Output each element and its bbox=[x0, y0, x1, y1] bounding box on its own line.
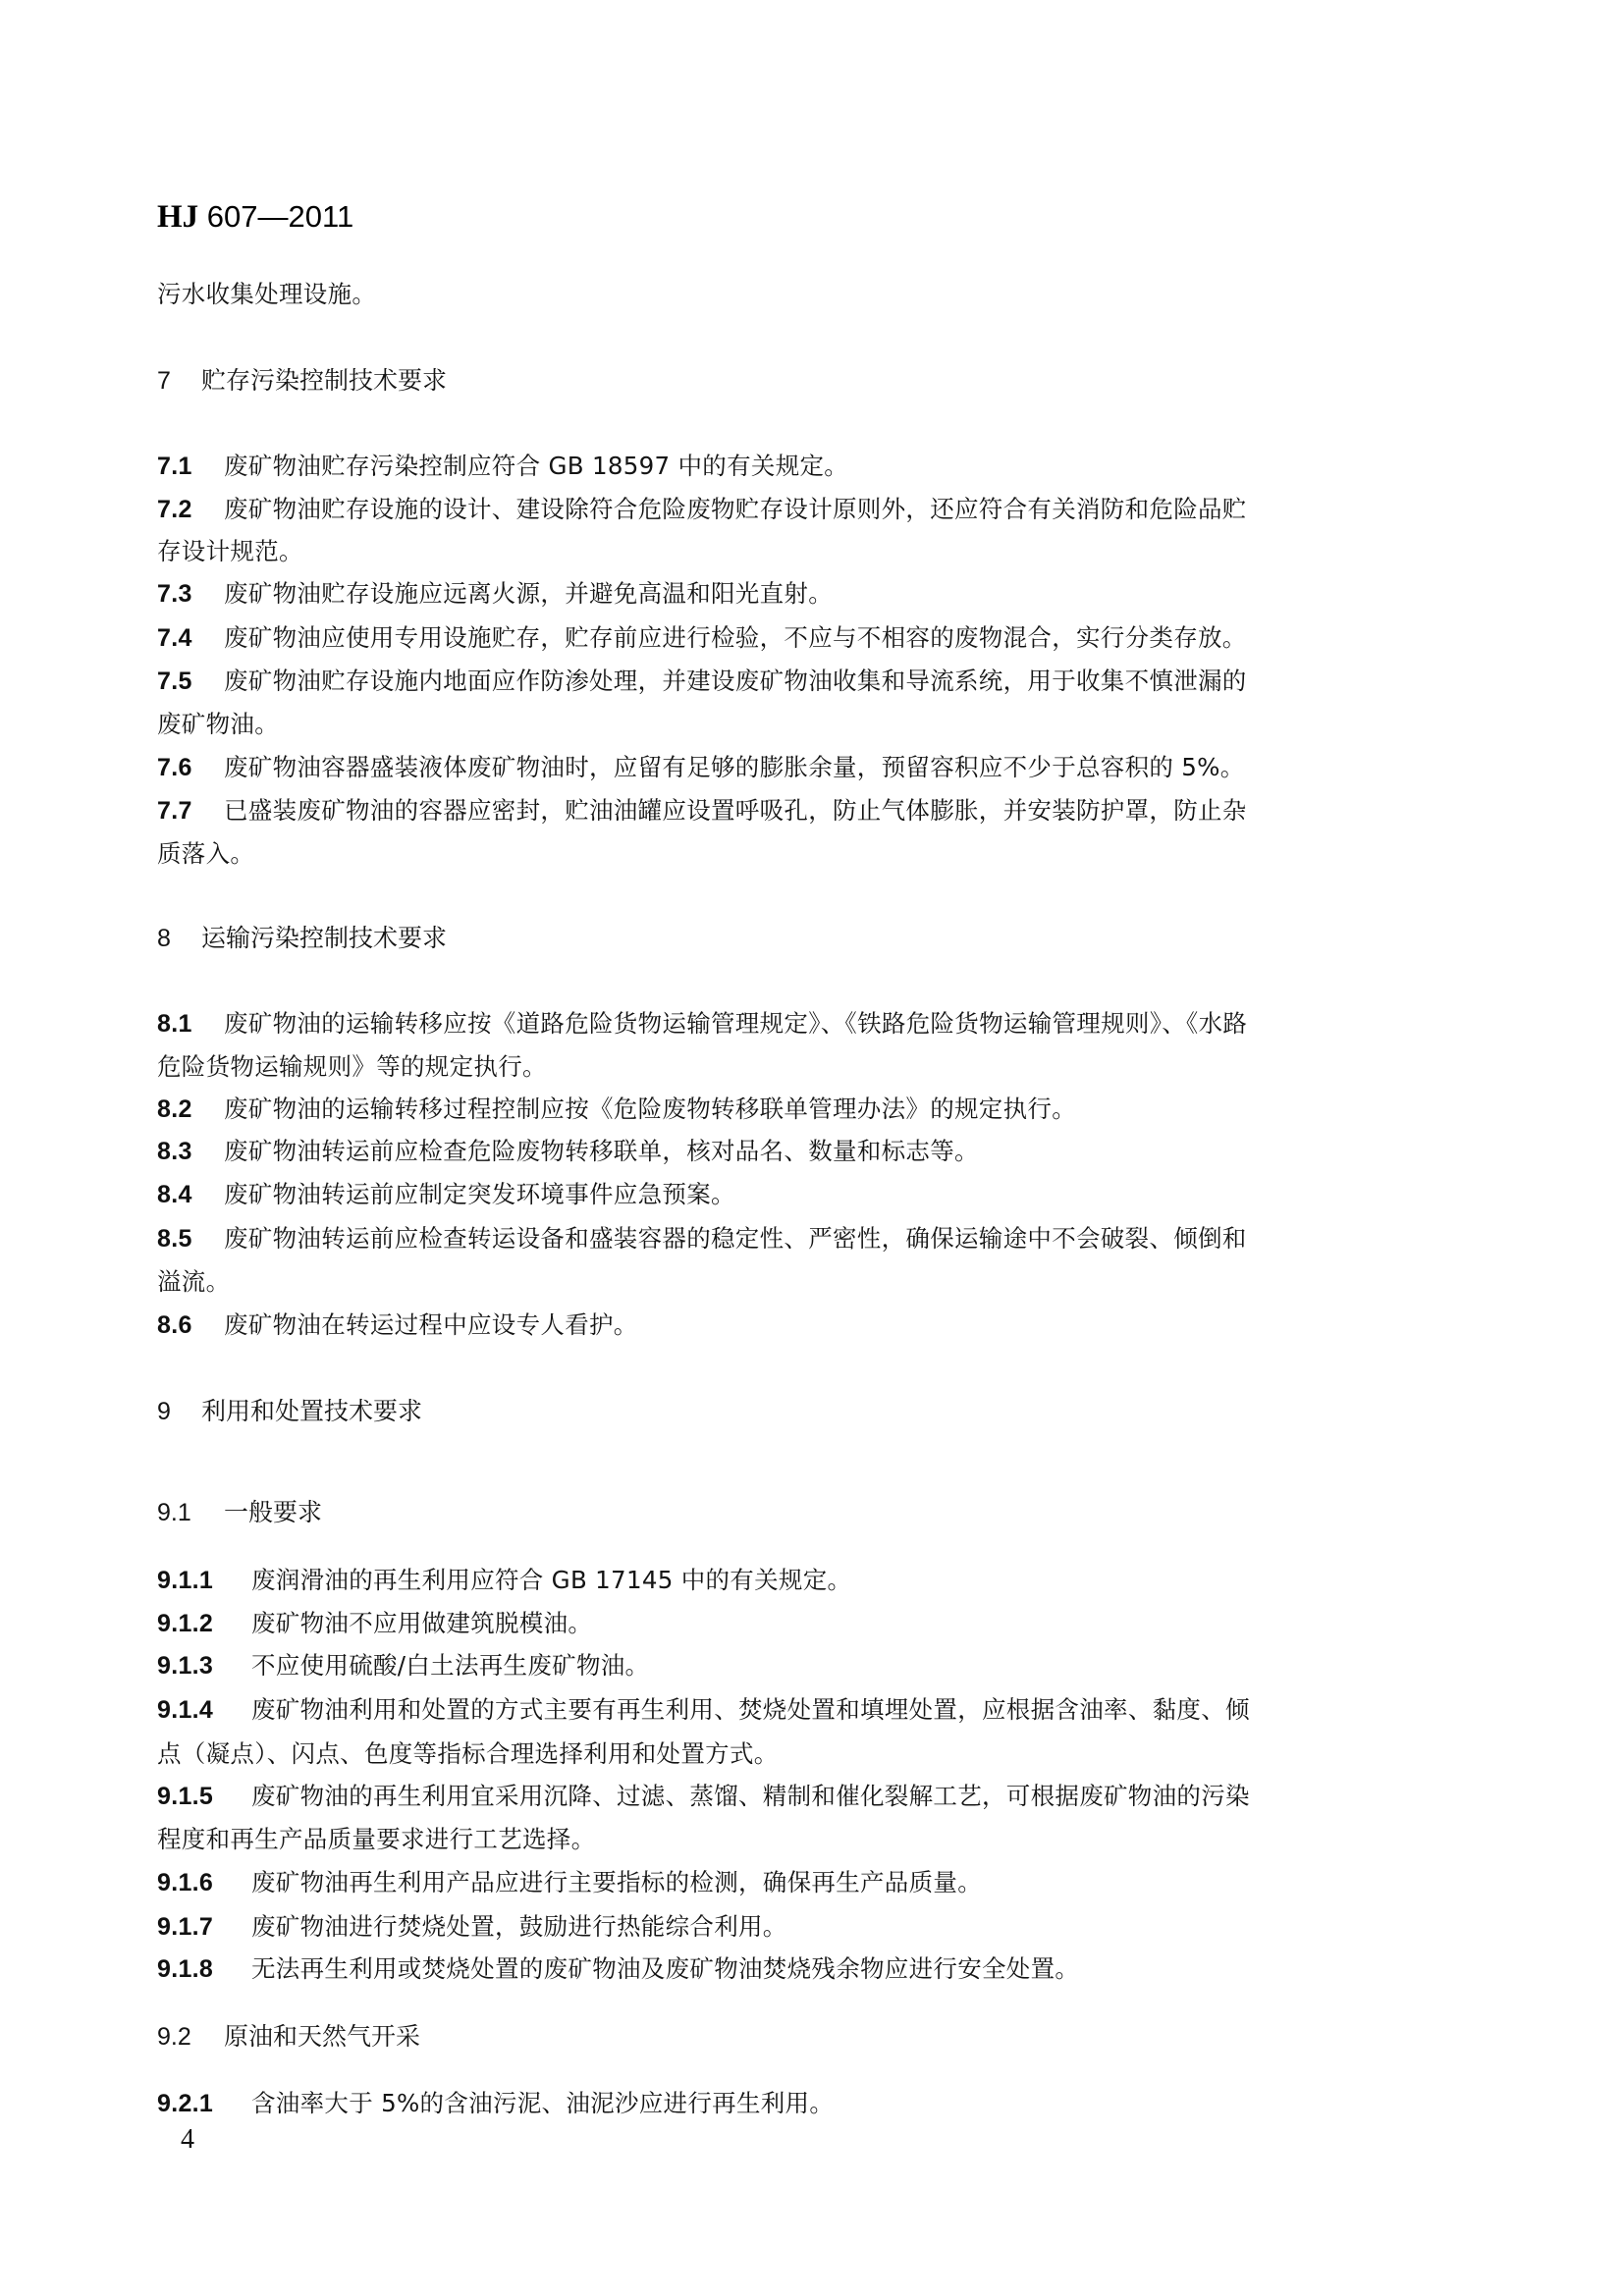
clause-text: 已盛装废矿物油的容器应密封，贮油油罐应设置呼吸孔，防止气体膨胀，并安装防护罩，防… bbox=[224, 796, 1247, 825]
clause-text: 废矿物油再生利用产品应进行主要指标的检测，确保再生产品质量。 bbox=[251, 1868, 982, 1896]
clause-9-1-5-continuation: 程度和再生产品质量要求进行工艺选择。 bbox=[157, 1828, 595, 1852]
clause-number: 7.5 bbox=[157, 669, 224, 694]
clause-number: 8.1 bbox=[157, 1012, 224, 1037]
clause-number: 7.6 bbox=[157, 756, 224, 780]
clause-text: 废矿物油贮存设施应远离火源，并避免高温和阳光直射。 bbox=[224, 579, 833, 608]
clause-number: 9.2.1 bbox=[157, 2092, 251, 2116]
clause-8-3: 8.3废矿物油转运前应检查危险废物转移联单，核对品名、数量和标志等。 bbox=[157, 1140, 979, 1164]
clause-7-5-continuation: 废矿物油。 bbox=[157, 713, 279, 737]
intro-continuation-line: 污水收集处理设施。 bbox=[157, 283, 376, 307]
clause-9-1-5: 9.1.5废矿物油的再生利用宜采用沉降、过滤、蒸馏、精制和催化裂解工艺，可根据废… bbox=[157, 1785, 1250, 1809]
clause-text: 废矿物油的运输转移过程控制应按《危险废物转移联单管理办法》的规定执行。 bbox=[224, 1095, 1076, 1123]
clause-9-1-3: 9.1.3不应使用硫酸/白土法再生废矿物油。 bbox=[157, 1654, 649, 1679]
clause-7-2-continuation: 存设计规范。 bbox=[157, 540, 303, 564]
clause-8-4: 8.4废矿物油转运前应制定突发环境事件应急预案。 bbox=[157, 1183, 735, 1207]
chapter-number: 9 bbox=[157, 1400, 201, 1424]
clause-text: 废矿物油容器盛装液体废矿物油时，应留有足够的膨胀余量，预留容积应不少于总容积的 … bbox=[224, 753, 1245, 781]
clause-text: 废润滑油的再生利用应符合 GB 17145 中的有关规定。 bbox=[251, 1566, 851, 1594]
chapter-number: 8 bbox=[157, 927, 201, 951]
standard-code-header: HJ 607—2011 bbox=[157, 201, 353, 234]
clause-text: 含油率大于 5%的含油污泥、油泥沙应进行再生利用。 bbox=[251, 2089, 834, 2117]
clause-number: 8.6 bbox=[157, 1313, 224, 1338]
clause-number: 9.1.3 bbox=[157, 1654, 251, 1679]
subsection-heading-9-2: 9.2原油和天然气开采 bbox=[157, 2024, 420, 2050]
clause-8-2: 8.2废矿物油的运输转移过程控制应按《危险废物转移联单管理办法》的规定执行。 bbox=[157, 1097, 1076, 1122]
subsection-number: 9.2 bbox=[157, 2025, 224, 2050]
subsection-heading-9-1: 9.1一般要求 bbox=[157, 1500, 322, 1525]
clause-text: 废矿物油的运输转移应按《道路危险货物运输管理规定》、《铁路危险货物运输管理规则》… bbox=[224, 1009, 1247, 1038]
clause-7-1: 7.1废矿物油贮存污染控制应符合 GB 18597 中的有关规定。 bbox=[157, 454, 848, 479]
clause-number: 7.3 bbox=[157, 582, 224, 607]
clause-7-3: 7.3废矿物油贮存设施应远离火源，并避免高温和阳光直射。 bbox=[157, 582, 833, 607]
clause-number: 9.1.2 bbox=[157, 1612, 251, 1636]
clause-number: 8.3 bbox=[157, 1140, 224, 1164]
clause-number: 9.1.1 bbox=[157, 1569, 251, 1593]
clause-8-5: 8.5废矿物油转运前应检查转运设备和盛装容器的稳定性、严密性，确保运输途中不会破… bbox=[157, 1227, 1247, 1252]
clause-text: 不应使用硫酸/白土法再生废矿物油。 bbox=[251, 1651, 649, 1680]
subsection-title: 原油和天然气开采 bbox=[224, 2022, 420, 2051]
standard-prefix: HJ bbox=[157, 199, 198, 235]
clause-number: 7.7 bbox=[157, 799, 224, 824]
page-number: 4 bbox=[181, 2126, 194, 2154]
clause-9-1-7: 9.1.7废矿物油进行焚烧处置，鼓励进行热能综合利用。 bbox=[157, 1915, 787, 1940]
chapter-heading-8: 8运输污染控制技术要求 bbox=[157, 926, 447, 951]
clause-9-1-6: 9.1.6废矿物油再生利用产品应进行主要指标的检测，确保再生产品质量。 bbox=[157, 1871, 982, 1896]
subsection-number: 9.1 bbox=[157, 1501, 224, 1525]
clause-number: 7.1 bbox=[157, 454, 224, 479]
clause-text: 废矿物油转运前应检查危险废物转移联单，核对品名、数量和标志等。 bbox=[224, 1137, 979, 1165]
clause-8-5-continuation: 溢流。 bbox=[157, 1270, 230, 1295]
clause-text: 无法再生利用或焚烧处置的废矿物油及废矿物油焚烧残余物应进行安全处置。 bbox=[251, 1954, 1079, 1983]
clause-number: 9.1.5 bbox=[157, 1785, 251, 1809]
chapter-heading-9: 9利用和处置技术要求 bbox=[157, 1399, 422, 1424]
clause-text: 废矿物油利用和处置的方式主要有再生利用、焚烧处置和填埋处置，应根据含油率、黏度、… bbox=[251, 1695, 1250, 1724]
document-page: HJ 607—2011 污水收集处理设施。 7贮存污染控制技术要求 7.1废矿物… bbox=[0, 0, 1624, 2296]
chapter-title: 贮存污染控制技术要求 bbox=[201, 366, 447, 395]
clause-9-1-1: 9.1.1废润滑油的再生利用应符合 GB 17145 中的有关规定。 bbox=[157, 1569, 851, 1593]
clause-text: 废矿物油在转运过程中应设专人看护。 bbox=[224, 1310, 638, 1339]
clause-8-1: 8.1废矿物油的运输转移应按《道路危险货物运输管理规定》、《铁路危险货物运输管理… bbox=[157, 1012, 1247, 1037]
clause-7-4: 7.4废矿物油应使用专用设施贮存，贮存前应进行检验，不应与不相容的废物混合，实行… bbox=[157, 626, 1247, 651]
clause-9-2-1: 9.2.1含油率大于 5%的含油污泥、油泥沙应进行再生利用。 bbox=[157, 2092, 834, 2116]
clause-number: 7.2 bbox=[157, 498, 224, 522]
clause-9-1-4: 9.1.4废矿物油利用和处置的方式主要有再生利用、焚烧处置和填埋处置，应根据含油… bbox=[157, 1698, 1250, 1723]
clause-number: 9.1.7 bbox=[157, 1915, 251, 1940]
clause-7-5: 7.5废矿物油贮存设施内地面应作防渗处理，并建设废矿物油收集和导流系统，用于收集… bbox=[157, 669, 1247, 694]
clause-9-1-4-continuation: 点（凝点）、闪点、色度等指标合理选择利用和处置方式。 bbox=[157, 1742, 779, 1767]
clause-number: 9.1.4 bbox=[157, 1698, 251, 1723]
clause-8-1-continuation: 危险货物运输规则》等的规定执行。 bbox=[157, 1055, 547, 1080]
chapter-title: 运输污染控制技术要求 bbox=[201, 924, 447, 952]
chapter-number: 7 bbox=[157, 369, 201, 394]
clause-7-7-continuation: 质落入。 bbox=[157, 842, 254, 867]
clause-text: 废矿物油贮存设施的设计、建设除符合危险废物贮存设计原则外，还应符合有关消防和危险… bbox=[224, 495, 1247, 523]
subsection-title: 一般要求 bbox=[224, 1498, 322, 1526]
clause-7-7: 7.7已盛装废矿物油的容器应密封，贮油油罐应设置呼吸孔，防止气体膨胀，并安装防护… bbox=[157, 799, 1247, 824]
clause-number: 8.2 bbox=[157, 1097, 224, 1122]
clause-text: 废矿物油的再生利用宜采用沉降、过滤、蒸馏、精制和催化裂解工艺，可根据废矿物油的污… bbox=[251, 1782, 1250, 1810]
clause-7-2: 7.2废矿物油贮存设施的设计、建设除符合危险废物贮存设计原则外，还应符合有关消防… bbox=[157, 498, 1247, 522]
clause-number: 7.4 bbox=[157, 626, 224, 651]
chapter-title: 利用和处置技术要求 bbox=[201, 1397, 422, 1425]
clause-text: 废矿物油贮存设施内地面应作防渗处理，并建设废矿物油收集和导流系统，用于收集不慎泄… bbox=[224, 667, 1247, 695]
clause-9-1-2: 9.1.2废矿物油不应用做建筑脱模油。 bbox=[157, 1612, 592, 1636]
clause-text: 废矿物油转运前应检查转运设备和盛装容器的稳定性、严密性，确保运输途中不会破裂、倾… bbox=[224, 1224, 1247, 1253]
clause-text: 废矿物油进行焚烧处置，鼓励进行热能综合利用。 bbox=[251, 1912, 787, 1941]
clause-8-6: 8.6废矿物油在转运过程中应设专人看护。 bbox=[157, 1313, 638, 1338]
standard-number: 607—2011 bbox=[207, 199, 353, 234]
clause-number: 8.4 bbox=[157, 1183, 224, 1207]
clause-7-6: 7.6废矿物油容器盛装液体废矿物油时，应留有足够的膨胀余量，预留容积应不少于总容… bbox=[157, 756, 1245, 780]
clause-number: 9.1.6 bbox=[157, 1871, 251, 1896]
clause-text: 废矿物油贮存污染控制应符合 GB 18597 中的有关规定。 bbox=[224, 452, 848, 480]
chapter-heading-7: 7贮存污染控制技术要求 bbox=[157, 368, 447, 394]
clause-number: 8.5 bbox=[157, 1227, 224, 1252]
clause-text: 废矿物油不应用做建筑脱模油。 bbox=[251, 1609, 592, 1637]
clause-text: 废矿物油转运前应制定突发环境事件应急预案。 bbox=[224, 1180, 735, 1208]
clause-9-1-8: 9.1.8无法再生利用或焚烧处置的废矿物油及废矿物油焚烧残余物应进行安全处置。 bbox=[157, 1957, 1079, 1982]
clause-number: 9.1.8 bbox=[157, 1957, 251, 1982]
clause-text: 废矿物油应使用专用设施贮存，贮存前应进行检验，不应与不相容的废物混合，实行分类存… bbox=[224, 623, 1247, 652]
